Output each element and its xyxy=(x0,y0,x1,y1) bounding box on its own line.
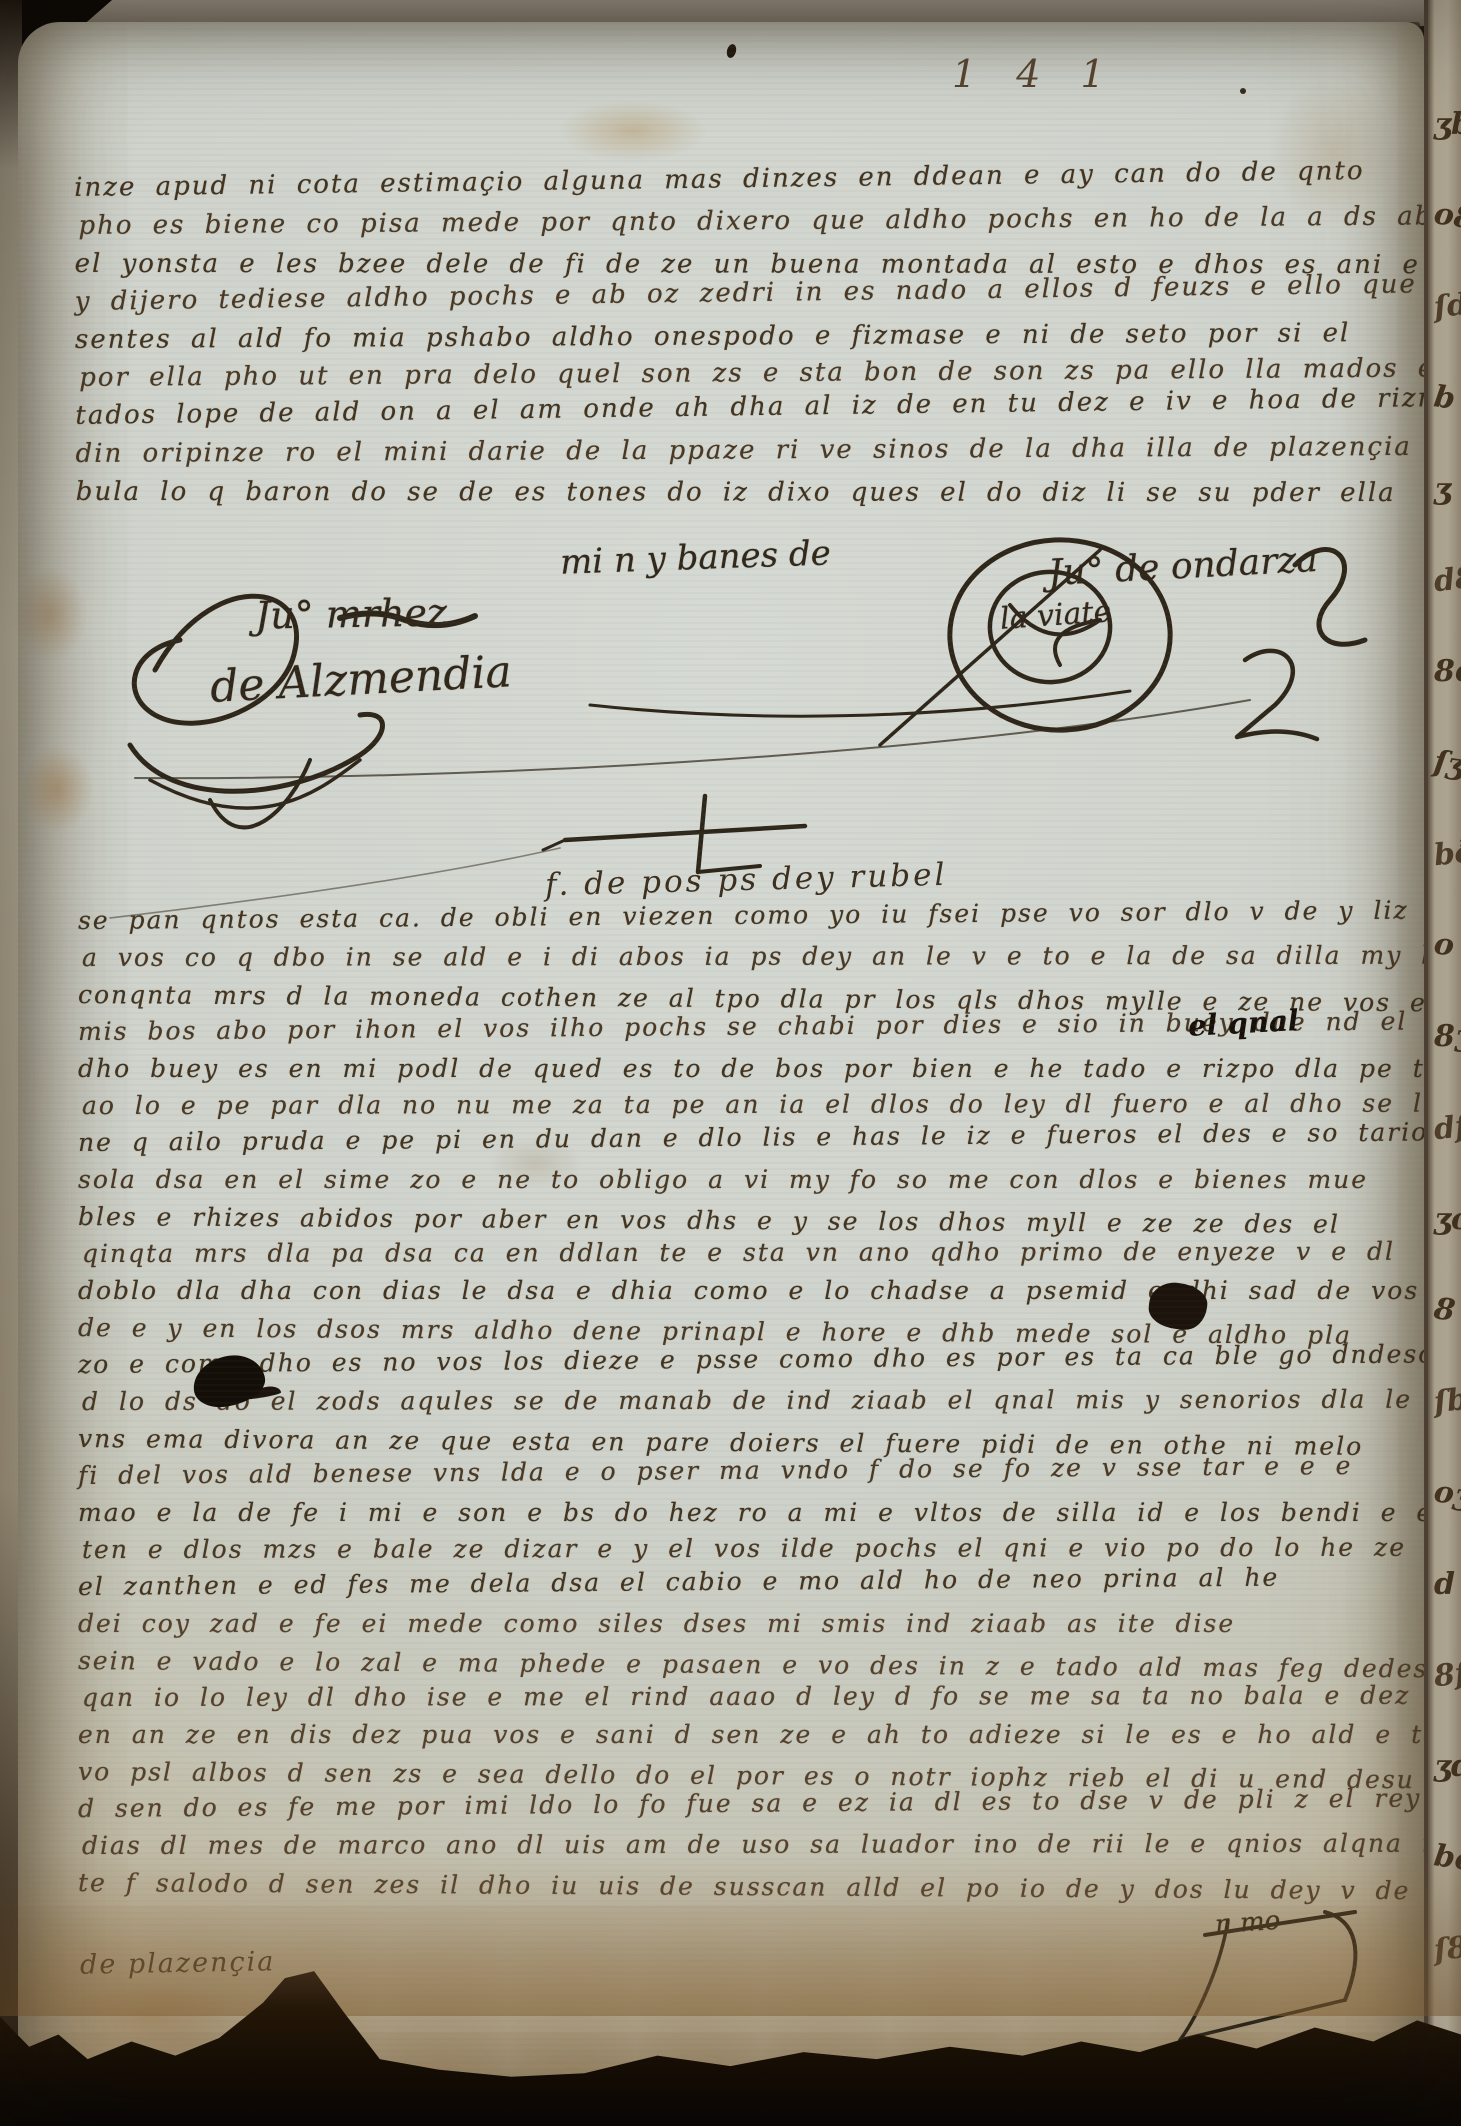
facing-page-text-fragment: 8ſ xyxy=(1433,1660,1461,1693)
folio-number: 1 4 1 xyxy=(952,52,1119,96)
handwritten-line: dei coy zad e fe ei mede como siles dses… xyxy=(78,1605,1461,1642)
notary-rubric-text: n mo xyxy=(1214,1906,1281,1940)
ink-speck xyxy=(1240,88,1246,94)
handwritten-line: a vos co q dbo in se ald e i di abos ia … xyxy=(82,936,1461,976)
facing-page-text-fragment: oʒ xyxy=(1432,1477,1461,1510)
rubric-stroke xyxy=(1325,1912,1355,2000)
facing-page-text-fragment: ſb xyxy=(1433,1386,1461,1419)
handwritten-line: dias dl mes de marco ano dl uis am de us… xyxy=(82,1824,1461,1864)
paper-stain xyxy=(558,100,708,162)
facing-page-text-fragment: ſd xyxy=(1433,291,1461,324)
rubric-stroke xyxy=(130,714,383,791)
facing-page-text-fragment: o xyxy=(1432,929,1461,962)
paragraph-2: se pan qntos esta ca. de obli en viezen … xyxy=(78,902,1461,1901)
rubric-stroke xyxy=(210,760,310,827)
emphasized-word: el qnal xyxy=(1187,1003,1299,1043)
handwritten-line: din oripinze ro el mini darie de la ppaz… xyxy=(76,427,1461,473)
facing-page-text-fragment: bo xyxy=(1432,1842,1461,1875)
handwritten-line: bula lo q baron do se de es tones do iz … xyxy=(76,473,1461,512)
facing-page-text-fragment: d8 xyxy=(1433,565,1461,598)
facing-page-text-fragment: dſ xyxy=(1433,1112,1461,1145)
facing-page-text-fragment: 8 xyxy=(1432,1294,1461,1327)
handwritten-line: dho buey es en mi podl de qued es to de … xyxy=(78,1050,1461,1087)
paragraph-1: inze apud ni cota estimaçio alguna mas d… xyxy=(74,161,1461,511)
facing-page-text-fragment: ʒo xyxy=(1434,1205,1461,1235)
signature-name: Ju° mrhez xyxy=(255,590,448,637)
facing-page-sliver: ʒbo8ſdbʒd88oſʒbðo8ʒdſʒo8ſboʒd8ſʒdboſ8ʒ xyxy=(1424,0,1461,2126)
facing-page-text-fragment: 8ʒ xyxy=(1434,1022,1461,1052)
facing-page-text-fragment: 8o xyxy=(1434,657,1461,687)
ink-speck xyxy=(725,43,737,59)
facing-page-text-fragment: ſ8 xyxy=(1433,1933,1461,1966)
facing-page-text-fragment: d xyxy=(1434,1570,1461,1600)
facing-page-text-fragment: ſʒ xyxy=(1432,747,1461,780)
long-tail-stroke xyxy=(135,700,1250,778)
facing-page-text-fragment: ʒd xyxy=(1434,1752,1461,1782)
closing-line: de plazençia xyxy=(80,1946,276,1980)
facing-page-text-fragment: b xyxy=(1432,382,1461,415)
facing-page-text-fragment: o8 xyxy=(1432,200,1461,233)
handwritten-line: sola dsa en el sime zo e ne to obligo a … xyxy=(78,1161,1461,1198)
handwritten-line: qinqta mrs dla pa dsa ca en ddlan te e s… xyxy=(82,1232,1461,1272)
handwritten-line: doblo dla dha con dias le dsa e dhia com… xyxy=(78,1272,1461,1309)
handwritten-line: mao e la de fe i mi e son e bs do hez ro… xyxy=(78,1494,1461,1531)
handwritten-line: en an ze en dis dez pua vos e sani d sen… xyxy=(78,1716,1461,1753)
manuscript-photo: 1 4 1 inze apud ni cota estimaçio alguna… xyxy=(0,0,1461,2126)
facing-page-text-fragment: ʒ xyxy=(1434,475,1461,505)
manuscript-page: 1 4 1 inze apud ni cota estimaçio alguna… xyxy=(18,22,1424,2126)
cross-mark xyxy=(543,840,565,850)
cross-mark xyxy=(565,826,805,840)
rubric-underline xyxy=(590,691,1130,716)
facing-page-text-fragment: ʒb xyxy=(1434,110,1461,140)
handwritten-line: d lo ds do el zods aqules se de manab de… xyxy=(82,1380,1461,1420)
rubric-stroke xyxy=(1237,651,1317,739)
facing-page-text-fragment: bð xyxy=(1433,839,1461,872)
handwritten-line: qan io lo ley dl dho ise e me el rind aa… xyxy=(82,1676,1461,1716)
